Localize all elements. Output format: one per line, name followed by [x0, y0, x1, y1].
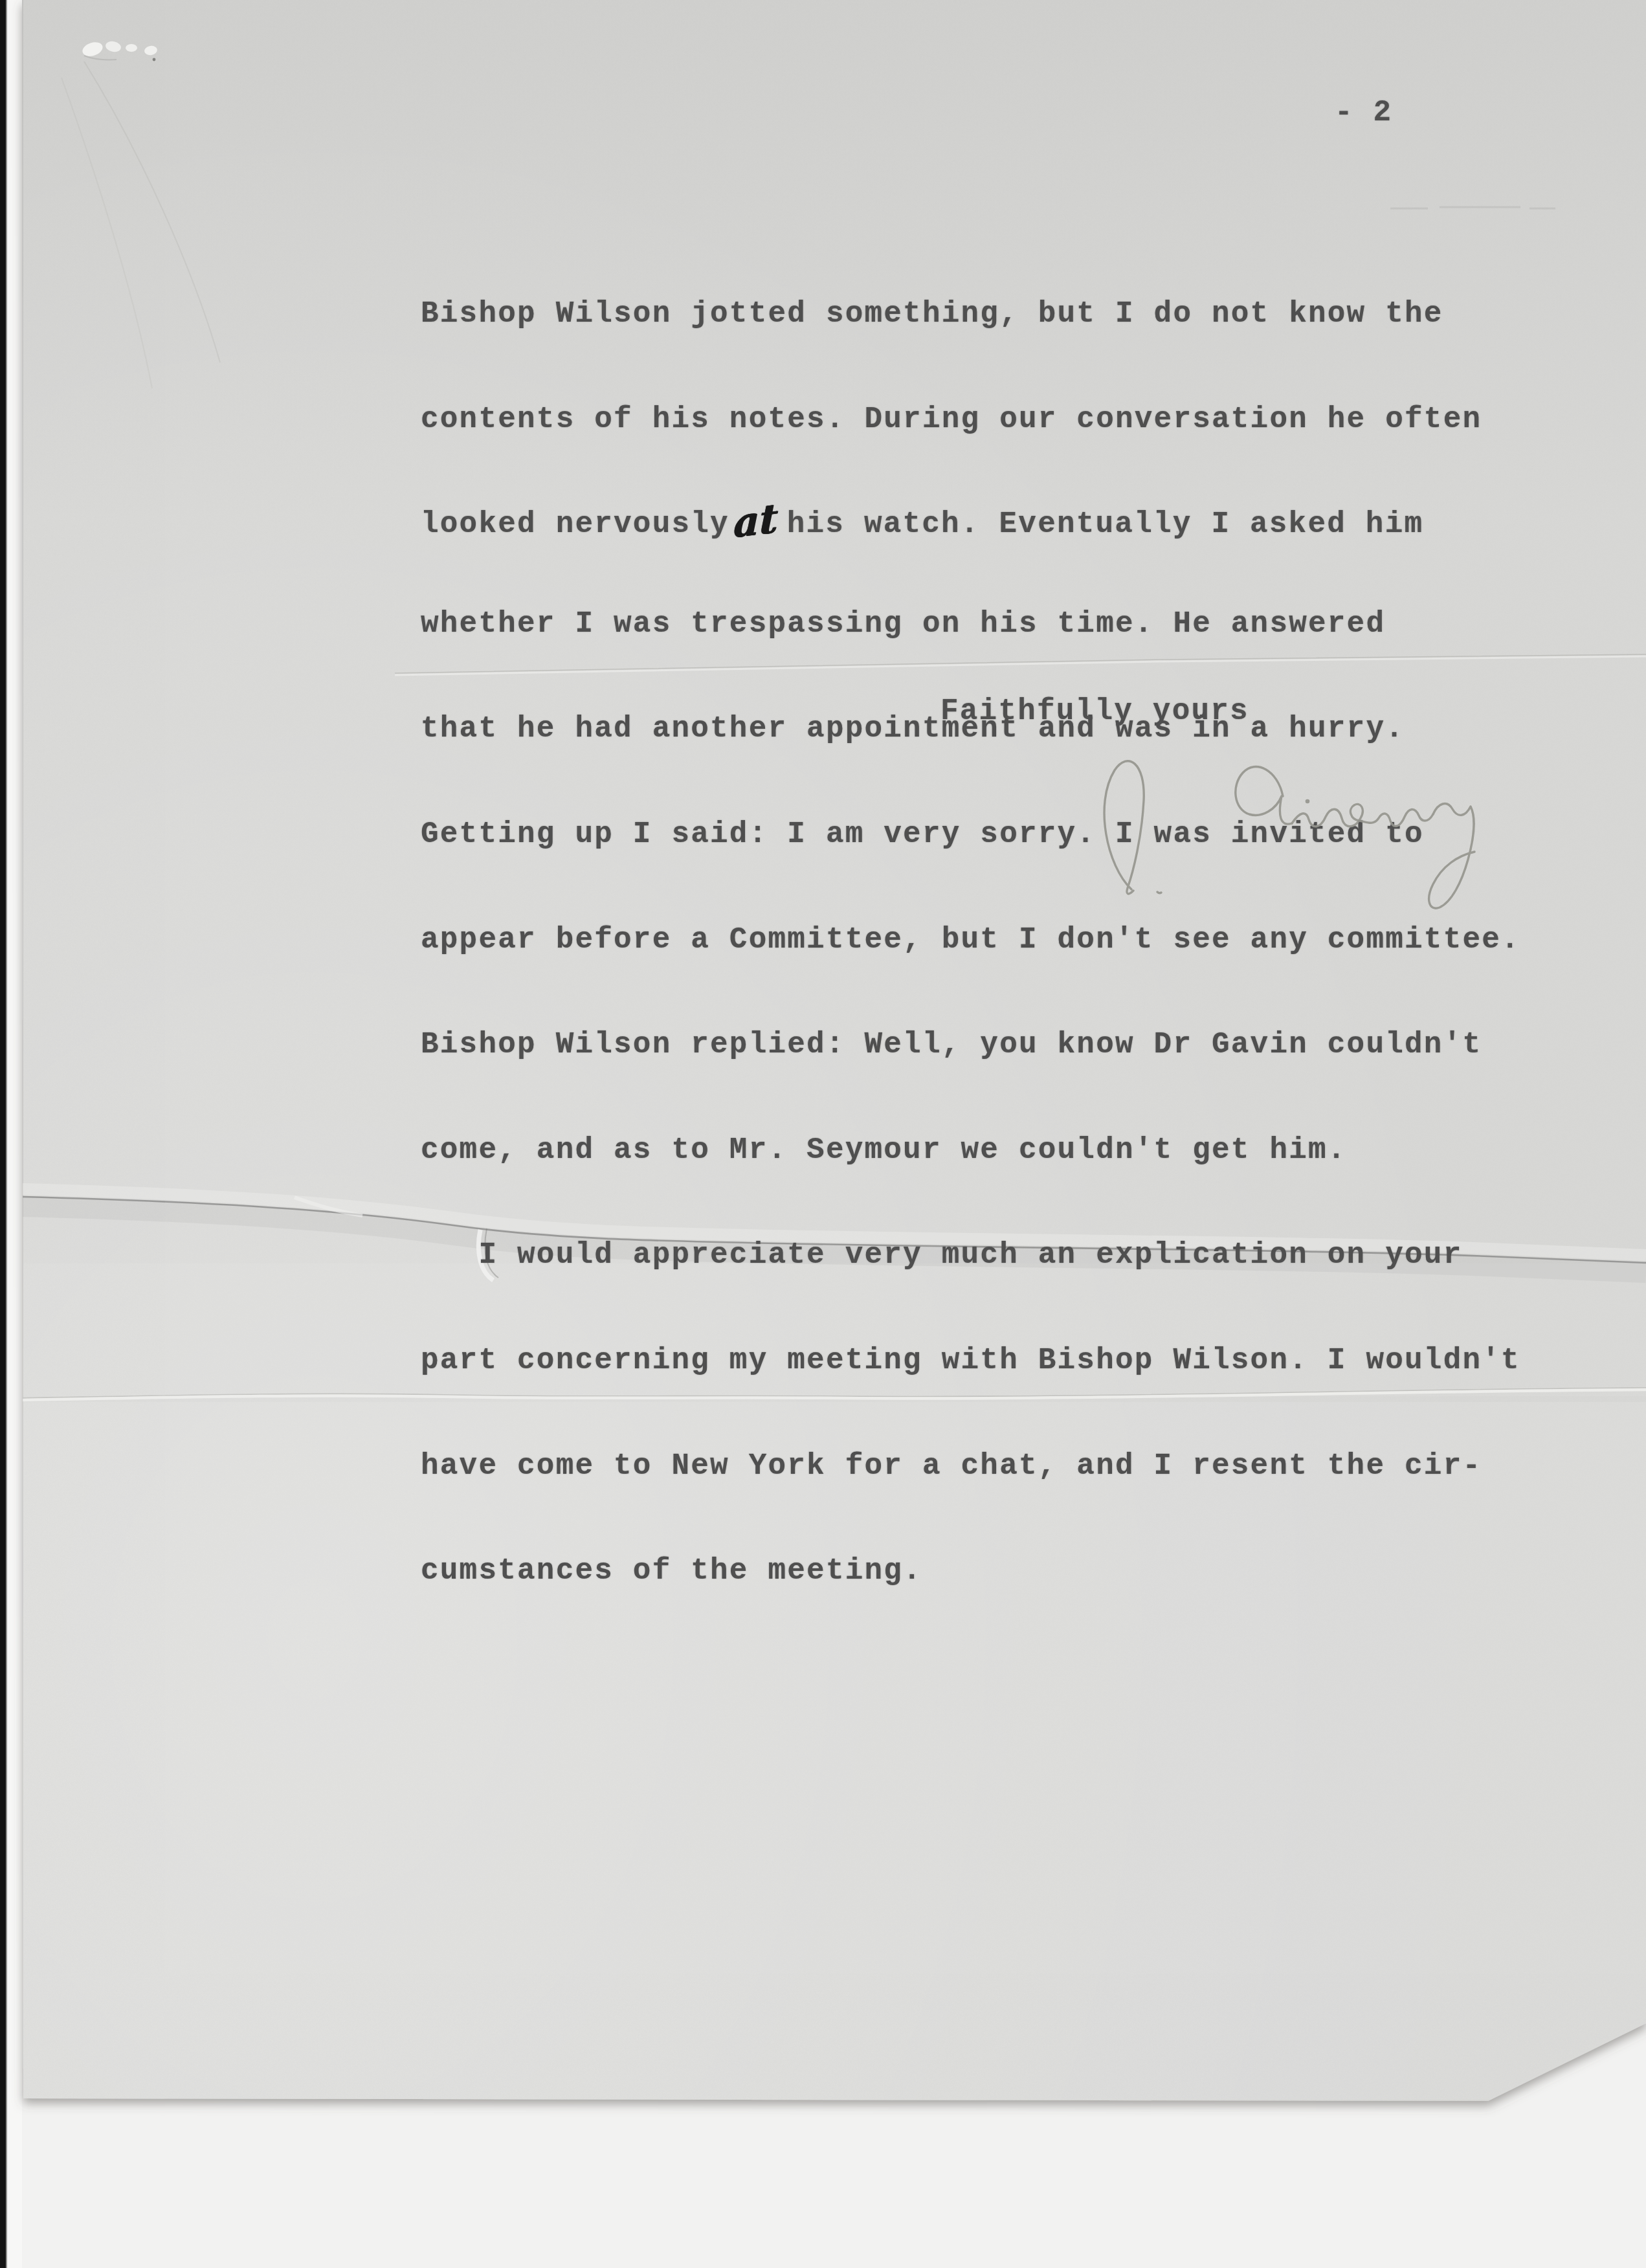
letter-line: have come to New York for a chat, and I … — [421, 1447, 1553, 1485]
page-number: - 2 — [1335, 96, 1392, 129]
letter-line: contents of his notes. During our conver… — [421, 401, 1553, 439]
letter-line-post: his watch. Eventually I asked him — [787, 507, 1424, 541]
handwritten-at-annotation: at — [733, 506, 778, 537]
scan-edge-white-strip — [7, 0, 22, 2268]
letter-line-with-insert: looked nervouslyathis watch. Eventually … — [421, 506, 1553, 544]
letter-line: I would appreciate very much an explicat… — [421, 1236, 1553, 1274]
signature: A. Gierowsky — [1055, 739, 1508, 933]
letter-line: come, and as to Mr. Seymour we couldn't … — [421, 1131, 1553, 1170]
signature-strokes — [1055, 739, 1508, 933]
letter-line-pre: looked nervously — [421, 507, 729, 541]
letter-line: part concerning my meeting with Bishop W… — [421, 1342, 1553, 1380]
letter-line: Bishop Wilson replied: Well, you know Dr… — [421, 1026, 1553, 1064]
letter-line: whether I was trespassing on his time. H… — [421, 605, 1553, 643]
letter-line: Bishop Wilson jotted something, but I do… — [421, 295, 1553, 333]
scan-edge-dark-strip — [0, 0, 6, 2268]
letter-body: Bishop Wilson jotted something, but I do… — [421, 228, 1553, 1658]
closing-salutation: Faithfully yours — [940, 693, 1249, 730]
scanned-letter-page: - 2 Bishop Wilson jotted something, but … — [0, 0, 1646, 2268]
letter-line: cumstances of the meeting. — [421, 1552, 1553, 1590]
